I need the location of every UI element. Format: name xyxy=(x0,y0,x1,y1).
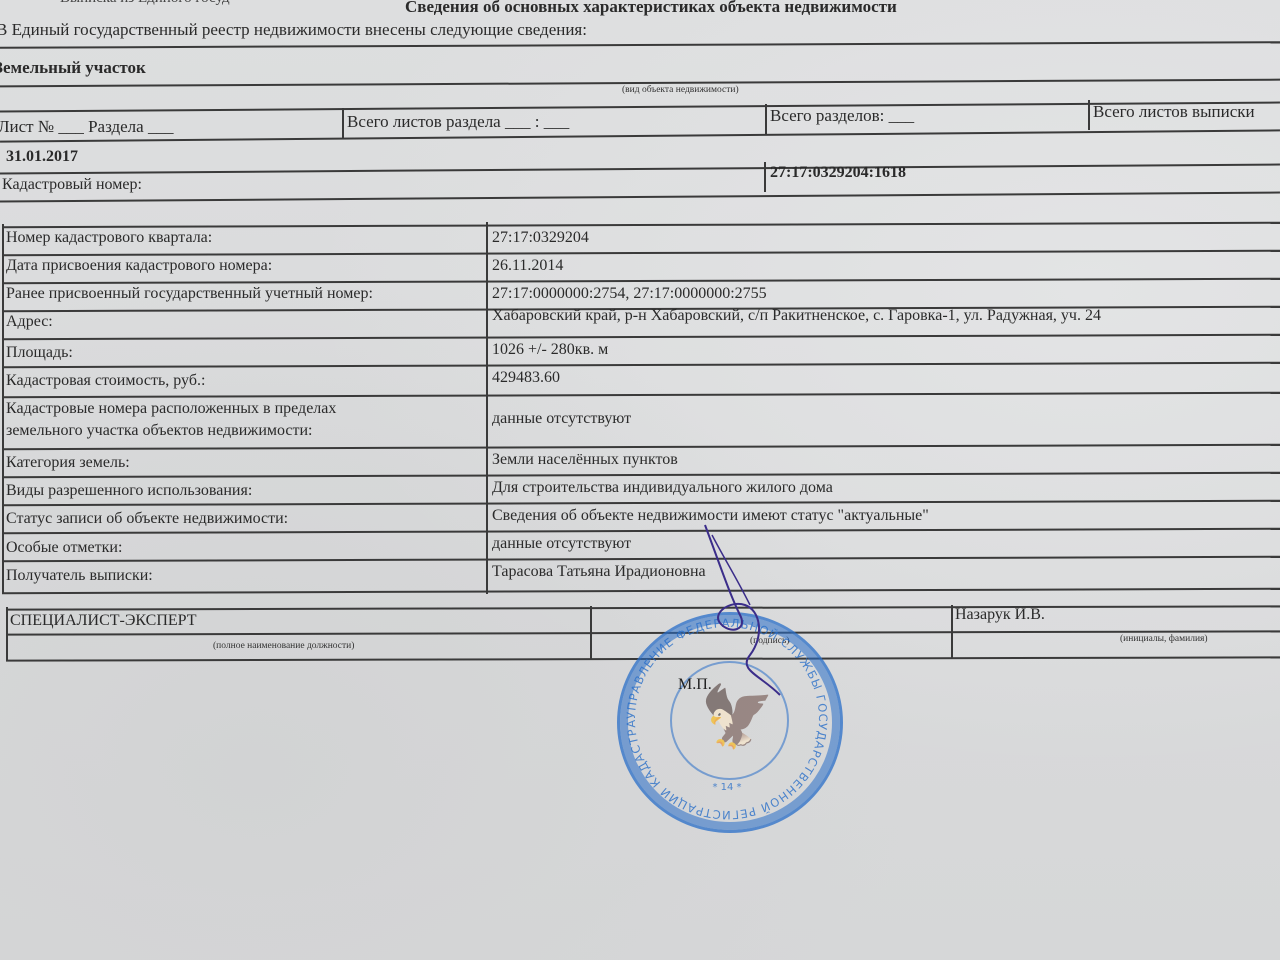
row-value: 27:17:0000000:2754, 27:17:0000000:2755 xyxy=(492,283,767,304)
sig-border xyxy=(951,605,953,658)
row-value: 26.11.2014 xyxy=(492,255,563,276)
divider xyxy=(0,41,1280,49)
row-label: Номер кадастрового квартала: xyxy=(6,227,212,248)
divider xyxy=(0,164,1280,175)
object-type-caption: (вид объекта недвижимости) xyxy=(622,85,739,95)
row-label: Виды разрешенного использования: xyxy=(6,480,252,501)
divider xyxy=(765,104,767,134)
sig-border xyxy=(6,607,8,660)
row-divider xyxy=(2,334,1280,340)
official-name: Назарук И.В. xyxy=(955,606,1045,624)
divider xyxy=(764,162,766,192)
row-value: Тарасова Татьяна Ирадионовна xyxy=(492,561,706,582)
sheet-number-field: Лист № ___ Раздела ___ xyxy=(0,117,173,137)
extract-date: 31.01.2017 xyxy=(6,148,78,166)
total-sections-field: Всего разделов: ___ xyxy=(770,106,914,126)
row-label: Статус записи об объекте недвижимости: xyxy=(6,508,288,529)
divider xyxy=(0,129,1280,142)
svg-text:* 14 *: * 14 * xyxy=(712,782,741,793)
row-label: Площадь: xyxy=(6,342,73,363)
row-label-line2: земельного участка объектов недвижимости… xyxy=(6,420,313,441)
row-label: Кадастровая стоимость, руб.: xyxy=(6,370,205,391)
intro-text: В Единый государственный реестр недвижим… xyxy=(0,20,587,40)
row-label-line1: Кадастровые номера расположенных в преде… xyxy=(6,398,336,419)
row-label: Ранее присвоенный государственный учетны… xyxy=(6,283,373,304)
row-divider xyxy=(2,362,1280,368)
divider xyxy=(0,192,1280,203)
position-caption: (полное наименование должности) xyxy=(213,641,354,651)
row-label: Адрес: xyxy=(6,311,53,332)
row-label: Особые отметки: xyxy=(6,537,122,558)
divider xyxy=(1088,100,1090,130)
row-value: 1026 +/- 280кв. м xyxy=(492,339,608,360)
row-value: данные отсутствуют xyxy=(492,408,631,429)
cadastral-number-value: 27:17:0329204:1618 xyxy=(770,164,906,182)
table-border xyxy=(2,588,1280,594)
document-title: Сведения об основных характеристиках объ… xyxy=(405,0,897,17)
table-column-divider xyxy=(486,222,488,594)
handwritten-signature xyxy=(690,505,810,705)
divider xyxy=(342,108,344,138)
name-caption: (инициалы, фамилия) xyxy=(1120,634,1208,644)
row-value: данные отсутствуют xyxy=(492,533,631,554)
row-value: 429483.60 xyxy=(492,367,560,388)
section-sheets-field: Всего листов раздела ___ : ___ xyxy=(347,112,569,132)
row-value: Земли населённых пунктов xyxy=(492,449,678,470)
sig-border xyxy=(590,606,592,659)
official-position: СПЕЦИАЛИСТ-ЭКСПЕРТ xyxy=(10,612,197,630)
row-label: Категория земель: xyxy=(6,452,130,473)
document-page: Выписка из Единого госуд Сведения об осн… xyxy=(0,0,1280,960)
row-value: 27:17:0329204 xyxy=(492,227,589,248)
row-label: Дата присвоения кадастрового номера: xyxy=(6,255,272,276)
table-border xyxy=(2,224,4,594)
row-value: Хабаровский край, р-н Хабаровский, с/п Р… xyxy=(492,305,1101,326)
total-sheets-field: Всего листов выписки xyxy=(1093,102,1255,122)
cut-off-header: Выписка из Единого госуд xyxy=(60,0,230,7)
object-type: Земельный участок xyxy=(0,58,146,78)
cadastral-number-label: Кадастровый номер: xyxy=(2,176,142,194)
row-label: Получатель выписки: xyxy=(6,565,153,586)
row-value: Для строительства индивидуального жилого… xyxy=(492,477,833,498)
sig-border xyxy=(6,605,1280,610)
